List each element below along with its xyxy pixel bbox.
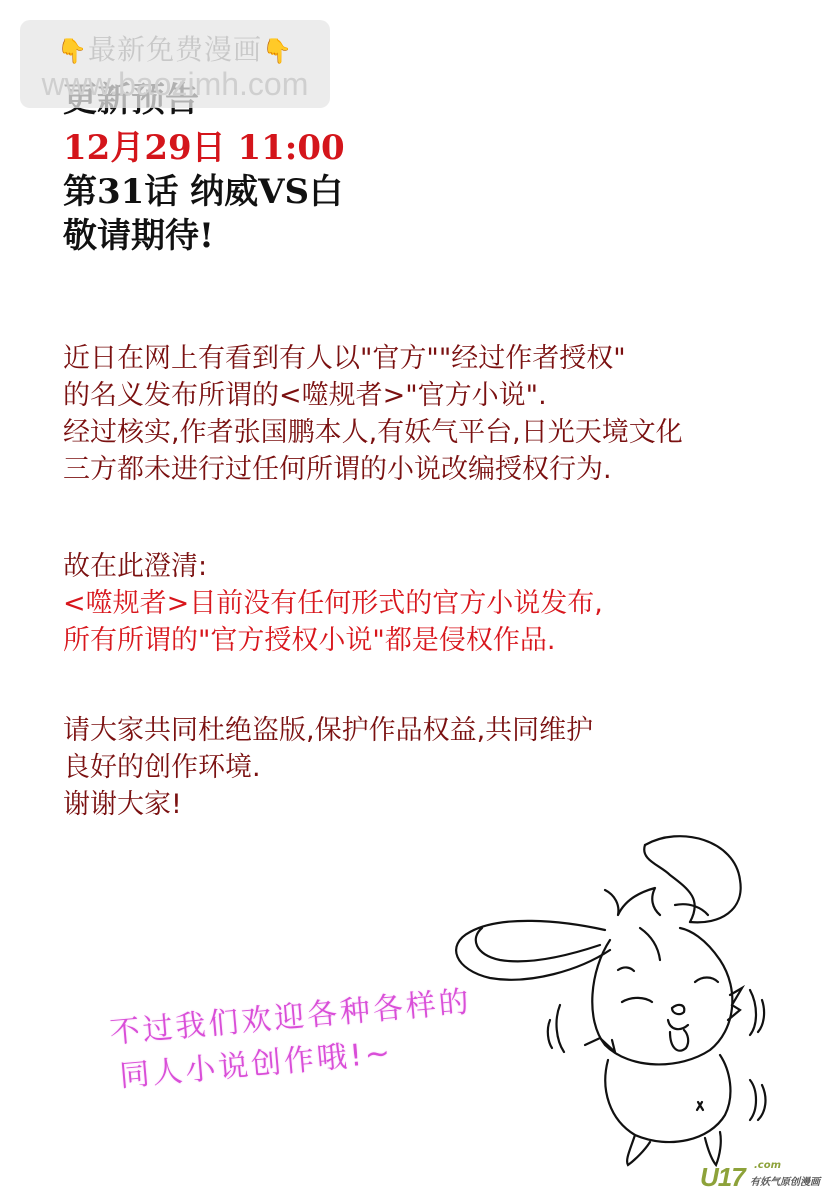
- bunny-mascot-illustration: [440, 820, 780, 1180]
- notice-line: 近日在网上有看到有人以"官方""经过作者授权": [63, 340, 683, 377]
- notice-line: 三方都未进行过任何所谓的小说改编授权行为.: [63, 451, 683, 488]
- logo-brand: U17: [700, 1162, 745, 1192]
- watermark-url: www.baozimh.com: [20, 66, 330, 103]
- watermark-text: 最新免费漫画: [88, 33, 262, 66]
- chapter-title: 第31话 纳威VS白: [63, 172, 343, 212]
- notice-line: 的名义发布所谓的<噬规者>"官方小说".: [63, 377, 683, 414]
- pointing-hand-icon: 👇: [262, 37, 293, 65]
- clarification-line: 所有所谓的"官方授权小说"都是侵权作品.: [63, 622, 603, 659]
- clarification-line: <噬规者>目前没有任何形式的官方小说发布,: [63, 585, 603, 622]
- watermark-line1: 👇最新免费漫画👇: [20, 28, 330, 68]
- handwritten-note: 不过我们欢迎各种各样的 同人小说创作哦!~: [108, 980, 477, 1099]
- logo-domain: .com: [754, 1160, 781, 1171]
- closing-line: 请大家共同杜绝盗版,保护作品权益,共同维护: [63, 712, 593, 749]
- closing-paragraph: 请大家共同杜绝盗版,保护作品权益,共同维护 良好的创作环境. 谢谢大家!: [63, 712, 593, 823]
- update-date-time: 12月29日 11:00: [63, 128, 345, 168]
- notice-paragraph-1: 近日在网上有看到有人以"官方""经过作者授权" 的名义发布所谓的<噬规者>"官方…: [63, 340, 683, 488]
- logo-tagline: 有妖气原创漫画: [750, 1173, 820, 1188]
- thanks-line: 谢谢大家!: [63, 786, 593, 823]
- site-watermark: 👇最新免费漫画👇 www.baozimh.com: [20, 20, 330, 108]
- clarification-paragraph: 故在此澄清: <噬规者>目前没有任何形式的官方小说发布, 所有所谓的"官方授权小…: [63, 548, 603, 659]
- stay-tuned-text: 敬请期待!: [63, 216, 214, 256]
- clarification-heading: 故在此澄清:: [63, 548, 603, 585]
- pointing-hand-icon: 👇: [57, 37, 88, 65]
- comic-page: 👇最新免费漫画👇 www.baozimh.com 更新预告 12月29日 11:…: [0, 0, 839, 1193]
- closing-line: 良好的创作环境.: [63, 749, 593, 786]
- u17-logo: U17 .com 有妖气原创漫画: [700, 1162, 745, 1190]
- notice-line: 经过核实,作者张国鹏本人,有妖气平台,日光天境文化: [63, 414, 683, 451]
